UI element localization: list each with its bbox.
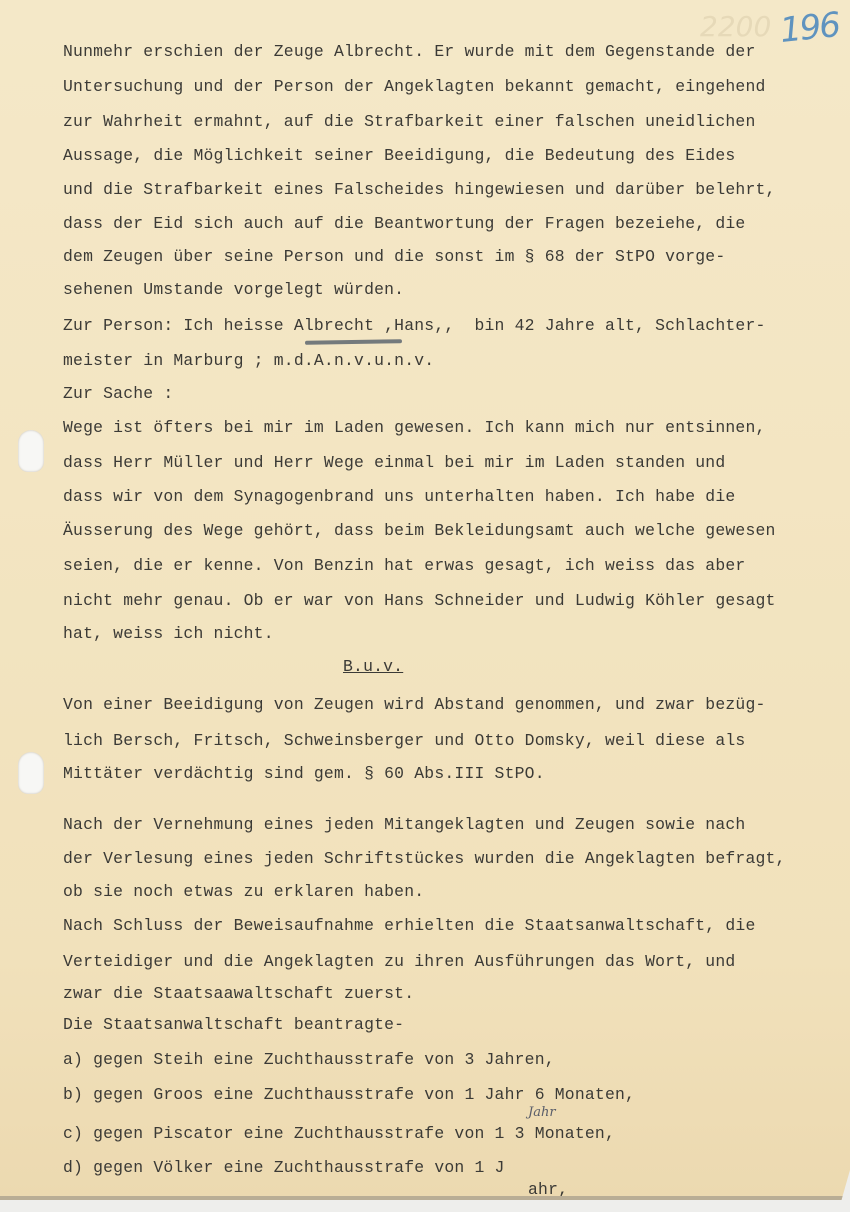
text-line: dass Herr Müller und Herr Wege einmal be… [63, 453, 725, 472]
pencil-underline [305, 339, 402, 345]
section-heading: B.u.v. [343, 657, 403, 676]
text-line: und die Strafbarkeit eines Falscheides h… [63, 180, 776, 199]
text-line: Von einer Beeidigung von Zeugen wird Abs… [63, 695, 766, 714]
text-line: Nach Schluss der Beweisaufnahme erhielte… [63, 916, 755, 935]
text-line: Verteidiger und die Angeklagten zu ihren… [63, 952, 735, 971]
text-line: dem Zeugen über seine Person und die son… [63, 247, 725, 266]
text-line: Nach der Vernehmung eines jeden Mitangek… [63, 815, 745, 834]
text-line: Wege ist öfters bei mir im Laden gewesen… [63, 418, 766, 437]
text-line: Äusserung des Wege gehört, dass beim Bek… [63, 521, 776, 540]
text-line: Untersuchung und der Person der Angeklag… [63, 77, 766, 96]
text-line: seien, die er kenne. Von Benzin hat erwa… [63, 556, 745, 575]
text-line: zur Wahrheit ermahnt, auf die Strafbarke… [63, 112, 755, 131]
handwritten-insert: Jahr [528, 1105, 556, 1120]
text-line: ob sie noch etwas zu erklaren haben. [63, 882, 424, 901]
text-line: Nunmehr erschien der Zeuge Albrecht. Er … [63, 42, 755, 61]
text-line: sehenen Umstande vorgelegt würden. [63, 280, 404, 299]
text-line: Mittäter verdächtig sind gem. § 60 Abs.I… [63, 764, 545, 783]
list-item-b: b) gegen Groos eine Zuchthausstrafe von … [63, 1085, 635, 1104]
list-item-c: c) gegen Piscator eine Zuchthausstrafe v… [63, 1124, 615, 1143]
text-line: Die Staatsanwaltschaft beantragte- [63, 1015, 404, 1034]
document-page: 2200 196 Nunmehr erschien der Zeuge Albr… [0, 0, 850, 1200]
list-item-d-continuation: ahr, [528, 1180, 568, 1199]
text-line: der Verlesung eines jeden Schriftstückes… [63, 849, 786, 868]
section-label: Zur Sache : [63, 384, 173, 403]
list-item-a: a) gegen Steih eine Zuchthausstrafe von … [63, 1050, 555, 1069]
punch-hole-bottom [18, 752, 44, 794]
text-line: dass der Eid sich auch auf die Beantwort… [63, 214, 745, 233]
text-line: nicht mehr genau. Ob er war von Hans Sch… [63, 591, 776, 610]
text-line: lich Bersch, Fritsch, Schweinsberger und… [63, 731, 745, 750]
person-line: Zur Person: Ich heisse Albrecht ,Hans,, … [63, 316, 766, 335]
page-number: 196 [778, 5, 841, 51]
text-line: hat, weiss ich nicht. [63, 624, 274, 643]
text-line: zwar die Staatsaawaltschaft zuerst. [63, 984, 414, 1003]
list-item-d: d) gegen Völker eine Zuchthausstrafe von… [63, 1158, 505, 1177]
punch-hole-top [18, 430, 44, 472]
text-line: Aussage, die Möglichkeit seiner Beeidigu… [63, 146, 735, 165]
text-line: dass wir von dem Synagogenbrand uns unte… [63, 487, 735, 506]
text-line: meister in Marburg ; m.d.A.n.v.u.n.v. [63, 351, 434, 370]
faint-page-number: 2200 [700, 10, 771, 43]
